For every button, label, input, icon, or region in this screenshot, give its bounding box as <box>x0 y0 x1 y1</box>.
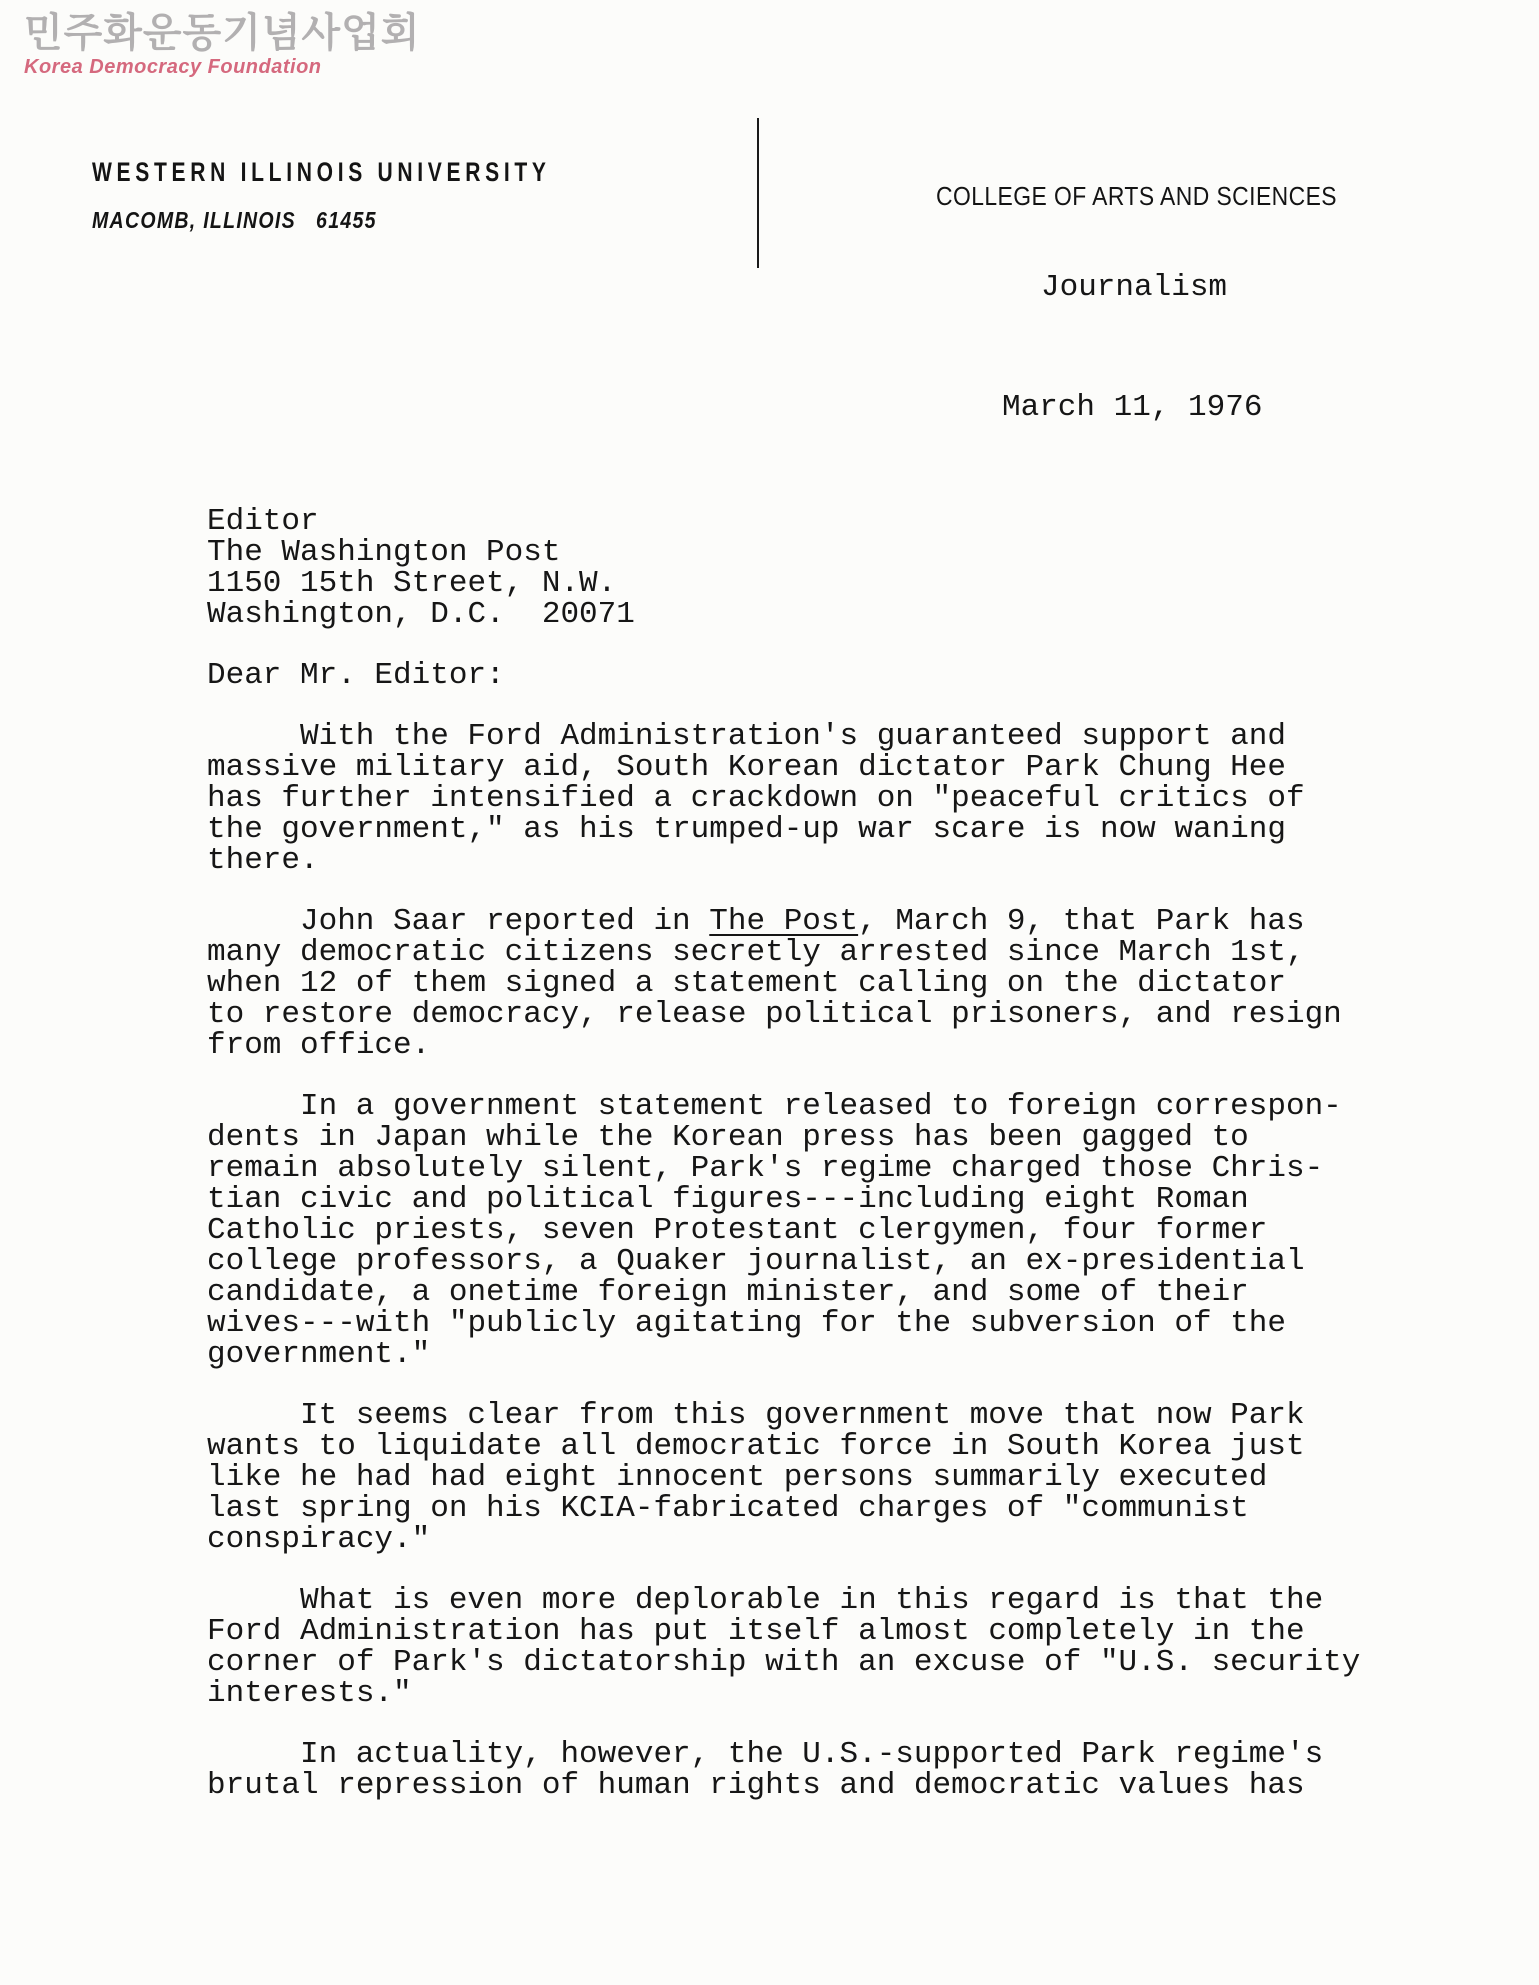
letterhead-college-name: COLLEGE OF ARTS AND SCIENCES <box>936 181 1337 212</box>
letter-document-page: 민주화운동기념사업회 Korea Democracy Foundation WE… <box>0 0 1539 1985</box>
paragraph-2-lead: John Saar reported in <box>300 904 709 939</box>
kdf-logo-hangul-calligraphy: 민주화운동기념사업회 <box>24 10 420 56</box>
body-paragraph-1: With the Ford Administration's guarantee… <box>207 721 1427 876</box>
address-line-city: Washington, D.C. 20071 <box>207 599 1427 630</box>
recipient-address: Editor The Washington Post 1150 15th Str… <box>207 506 1427 630</box>
publication-name-underlined: The Post <box>709 904 858 939</box>
address-line-recipient-title: Editor <box>207 506 1427 537</box>
kdf-logo-english-text: Korea Democracy Foundation <box>24 56 420 78</box>
letterhead-university-name: WESTERN ILLINOIS UNIVERSITY <box>92 157 551 188</box>
address-line-street: 1150 15th Street, N.W. <box>207 568 1427 599</box>
address-line-organization: The Washington Post <box>207 537 1427 568</box>
body-paragraph-4: It seems clear from this government move… <box>207 1400 1427 1555</box>
salutation: Dear Mr. Editor: <box>207 660 1427 691</box>
letter-date: March 11, 1976 <box>1002 392 1262 423</box>
body-paragraph-6: In actuality, however, the U.S.-supporte… <box>207 1739 1427 1801</box>
body-paragraph-3: In a government statement released to fo… <box>207 1091 1427 1370</box>
body-paragraph-5: What is even more deplorable in this reg… <box>207 1585 1427 1709</box>
letterhead-university-location: MACOMB, ILLINOIS 61455 <box>92 207 377 234</box>
letterhead-department-name: Journalism <box>1041 272 1227 303</box>
letter-body: Editor The Washington Post 1150 15th Str… <box>207 506 1427 1801</box>
letterhead-divider-line <box>757 118 759 268</box>
kdf-logo: 민주화운동기념사업회 Korea Democracy Foundation <box>24 10 420 78</box>
body-paragraph-2: John Saar reported in The Post, March 9,… <box>207 906 1427 1061</box>
